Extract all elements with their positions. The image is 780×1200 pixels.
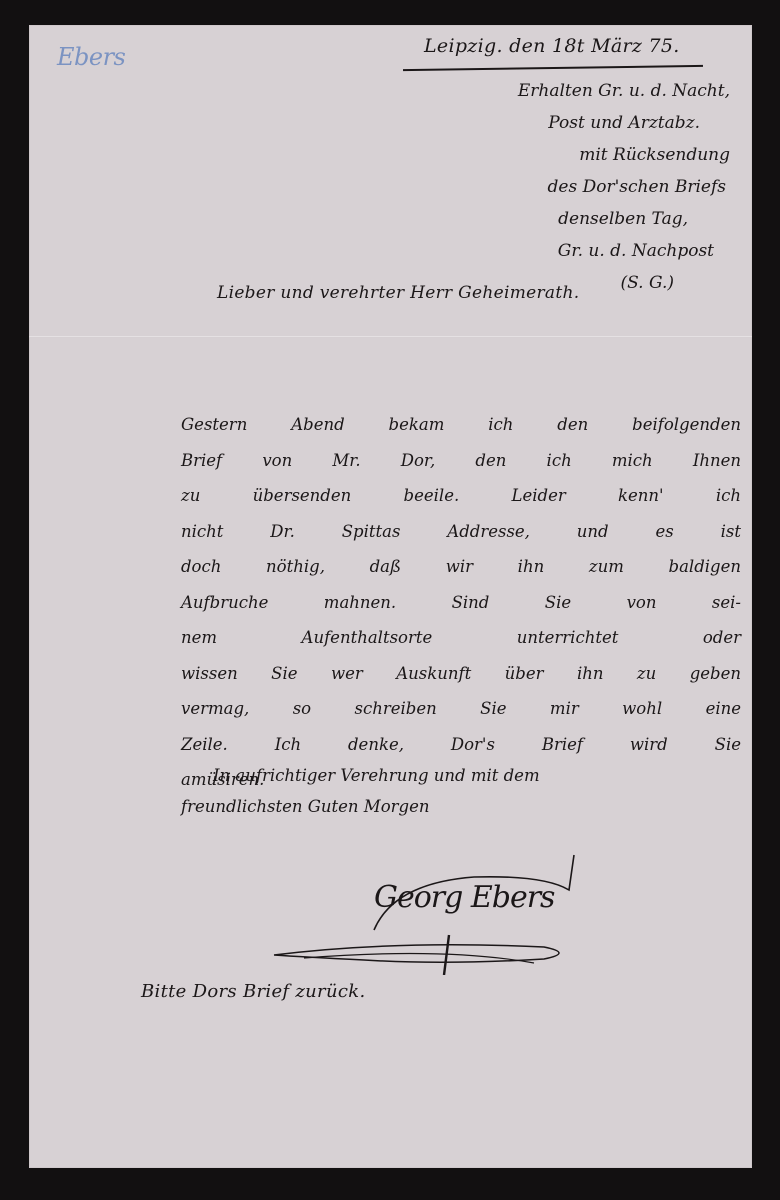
body-line: nem Aufenthaltsorte unterrichtet oder [181,620,741,656]
paper-fold-line [29,336,752,338]
body-line: Zeile. Ich denke, Dor's Brief wird Sie [181,727,741,763]
receipt-annotation: Erhalten Gr. u. d. Nacht, Post und Arzta… [518,75,734,299]
annotation-line: des Dor'schen Briefs [518,171,734,203]
dateline-underline [403,65,703,71]
letter-closing: In aufrichtiger Verehrung und mit dem fr… [181,760,741,822]
closing-line: freundlichsten Guten Morgen [181,791,741,822]
letter-body: Gestern Abend bekam ich den beifolgenden… [181,407,741,798]
body-line: wissen Sie wer Auskunft über ihn zu gebe… [181,656,741,692]
annotation-line: mit Rücksendung [518,139,734,171]
body-line: nicht Dr. Spittas Addresse, und es ist [181,514,741,550]
body-line: vermag, so schreiben Sie mir wohl eine [181,691,741,727]
body-line: doch nöthig, daß wir ihn zum baldigen [181,549,741,585]
letter-page: Ebers Leipzig. den 18t März 75. Erhalten… [29,25,752,1168]
annotation-line: Gr. u. d. Nachpost [518,235,734,267]
body-line: Gestern Abend bekam ich den beifolgenden [181,407,741,443]
annotation-line: denselben Tag, [518,203,734,235]
dateline: Leipzig. den 18t März 75. [424,35,680,57]
pencil-archive-note: Ebers [57,43,125,71]
postscript: Bitte Dors Brief zurück. [141,981,365,1002]
salutation: Lieber und verehrter Herr Geheimerath. [217,283,579,303]
annotation-line: Erhalten Gr. u. d. Nacht, [518,75,734,107]
body-line: Brief von Mr. Dor, den ich mich Ihnen [181,443,741,479]
annotation-line: Post und Arztabz. [518,107,734,139]
closing-line: In aufrichtiger Verehrung und mit dem [181,760,741,791]
body-line: Aufbruche mahnen. Sind Sie von sei- [181,585,741,621]
signature: Georg Ebers [374,880,554,915]
body-line: zu übersenden beeile. Leider kenn' ich [181,478,741,514]
